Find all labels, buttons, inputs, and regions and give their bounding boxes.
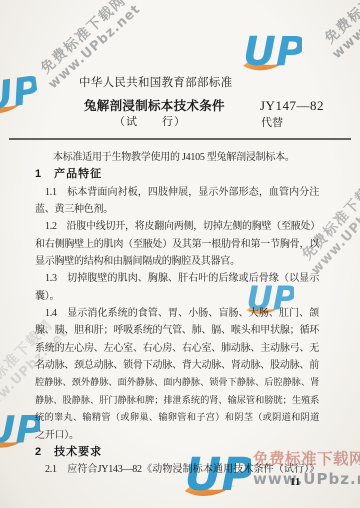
- section-2-heading: 2 技术要求: [35, 444, 319, 461]
- page-number: 11: [290, 476, 300, 488]
- standard-number: JY147—82: [260, 98, 324, 114]
- body-line: 蓝、黄三种色剂。: [35, 201, 319, 218]
- supersedes-label: 代替: [261, 114, 283, 130]
- body-line: 静脉、股静脉、肝门静脉和脾；排泄系统的肾、输尿管和膀胱；生殖系: [35, 392, 319, 409]
- svg-text:UP: UP: [243, 28, 302, 75]
- watermark-text: 免费标准下载网 www.UPbz.net: [301, 0, 360, 76]
- up-logo-icon: UP: [240, 26, 302, 84]
- svg-text:UP: UP: [0, 67, 41, 119]
- body-line: 囊）。: [35, 288, 319, 305]
- body-line: 名动脉、颈总动脉、锁骨下动脉、背大动脉、肾动脉、股动脉、前: [35, 357, 319, 374]
- body-line: 1.3 切掉腹壁的肌肉、胸腺、肝右叶的后缘或后骨缘（以显示胆: [35, 270, 319, 287]
- watermark-site-name: 免费标准下载网: [301, 0, 360, 65]
- body-line: 1.2 沿腹中线切开，将皮翻向两侧，切掉左侧的胸壁（至腋处）: [35, 218, 319, 235]
- up-logo-icon: UP: [0, 66, 42, 129]
- body-line: 2.1 应符合JY143—82《动物浸制标本通用技术条件（试行）》的: [35, 461, 319, 478]
- body-line: 系统的左心房、左心室、右心房、右心室、肺动脉、主动脉弓、无: [35, 340, 319, 357]
- section-1-heading: 1 产品特征: [35, 166, 319, 183]
- up-logo-icon: UP: [0, 406, 40, 461]
- header-divider: [9, 138, 351, 140]
- body-line: 显示胸壁的结构和由膈间隔成的胸腔及其器官。: [35, 253, 319, 270]
- watermark-site-url: www.UPbz.net: [314, 0, 360, 76]
- body-line: 统的睾丸、输精管（或卵巢、输卵管和子宫）和阴茎（或阴道和阴道: [35, 409, 319, 426]
- document-body: 本标准适用于生物教学使用的 J4105 型兔解剖浸制标本。 1 产品特征 1.1…: [35, 149, 319, 479]
- trial-label: （试 行）: [114, 113, 186, 129]
- body-line: 本标准适用于生物教学使用的 J4105 型兔解剖浸制标本。: [35, 149, 319, 166]
- document-title: 兔解剖浸制标本技术条件: [84, 96, 225, 114]
- body-line: 腔静脉、颈外静脉、面外静脉、面内静脉、锁骨下静脉、后腔静脉、肾: [35, 374, 319, 391]
- body-line: 之开口）。: [35, 427, 319, 444]
- watermark-site-url: www.UPbz.net: [30, 0, 159, 106]
- body-line: 和右侧胸壁上的肌肉（至腋处）及其第一根肋骨和第一节胸骨，以: [35, 236, 319, 253]
- standard-org-line: 中华人民共和国教育部部标准: [79, 74, 232, 90]
- body-line: 1.1 标本背面向衬板，四肢伸展，显示外部形态，血管内分注红、: [35, 184, 319, 201]
- scanned-standard-page: 中华人民共和国教育部部标准 兔解剖浸制标本技术条件 JY147—82 （试 行）…: [0, 0, 360, 508]
- body-line: 腺、胰、胆和肝；呼吸系统的气管、肺、膈、喉头和甲状腺；循环: [35, 322, 319, 339]
- svg-text:UP: UP: [0, 408, 40, 452]
- watermark-text: 免费标准下载网 www.UPbz.net: [17, 0, 159, 106]
- body-line: 1.4 显示消化系统的食管、胃、小肠、盲肠、大肠、肛门、颌下: [35, 305, 319, 322]
